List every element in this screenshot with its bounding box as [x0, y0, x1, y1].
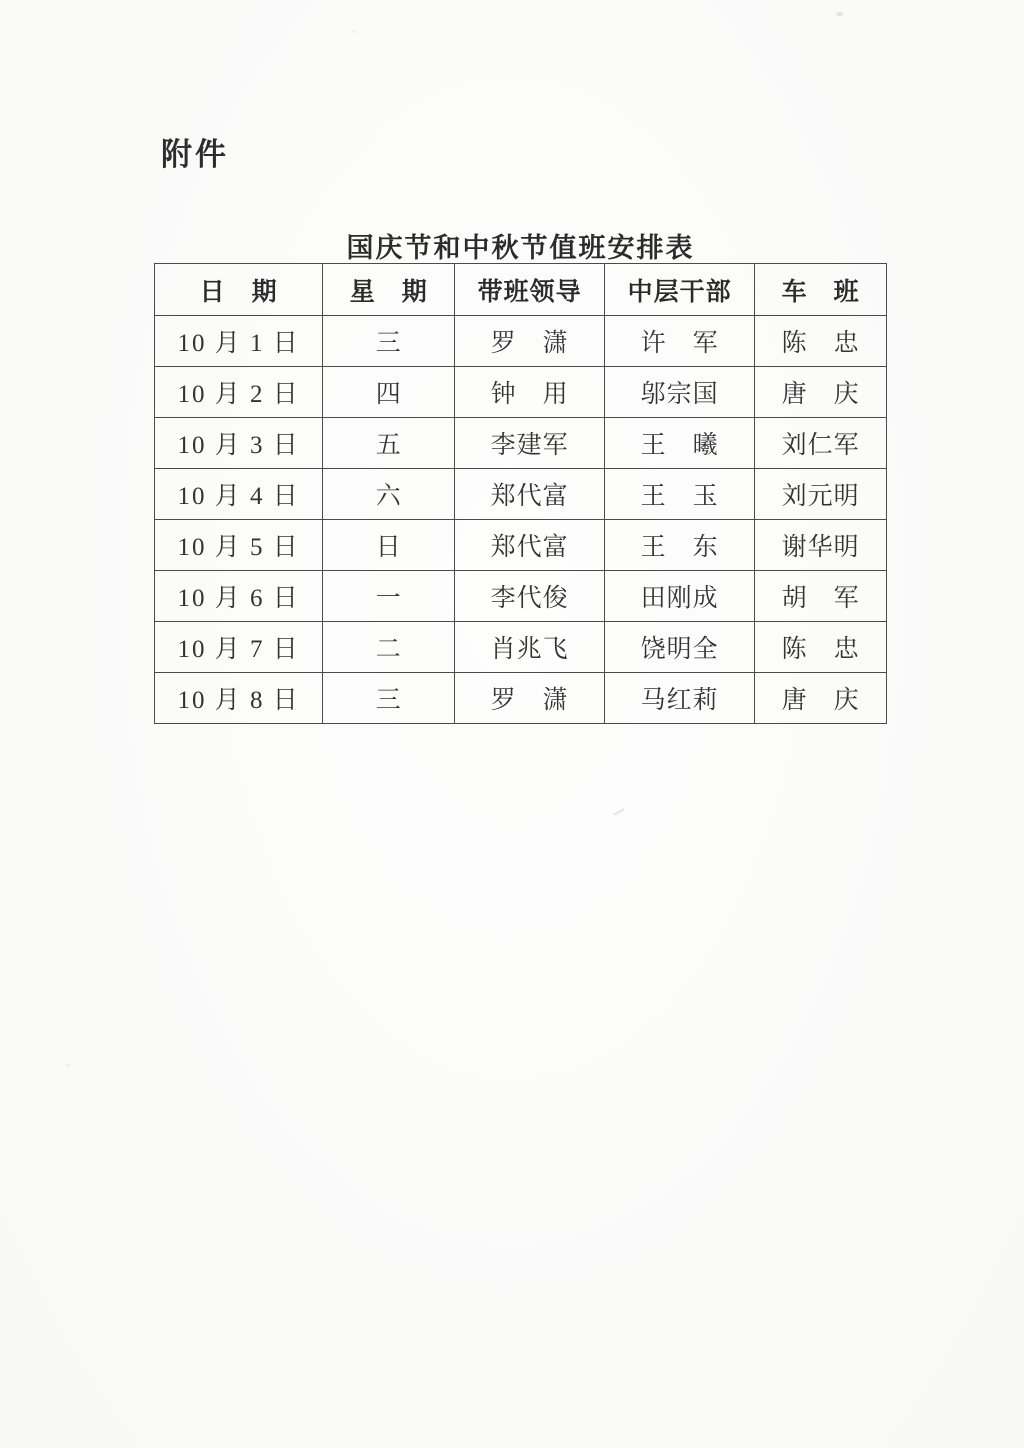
table-row: 10 月 2 日 四 钟 用 邬宗国 唐 庆 — [155, 367, 887, 418]
duty-schedule-table: 日 期 星 期 带班领导 中层干部 车 班 10 月 1 日 三 罗 潇 许 军… — [154, 263, 887, 724]
leader-cell: 李代俊 — [455, 571, 605, 622]
vehicle-cell: 陈 忠 — [755, 316, 887, 367]
table-row: 10 月 6 日 一 李代俊 田刚成 胡 军 — [155, 571, 887, 622]
scanned-page-background — [0, 0, 1024, 1448]
cadre-cell: 邬宗国 — [605, 367, 755, 418]
cadre-cell: 田刚成 — [605, 571, 755, 622]
column-header-vehicle: 车 班 — [755, 264, 887, 316]
cadre-cell: 马红莉 — [605, 673, 755, 724]
scan-speck — [352, 30, 356, 33]
weekday-cell: 一 — [323, 571, 455, 622]
weekday-cell: 三 — [323, 316, 455, 367]
cadre-cell: 王 玉 — [605, 469, 755, 520]
column-header-date: 日 期 — [155, 264, 323, 316]
scan-speck — [836, 12, 843, 16]
leader-cell: 罗 潇 — [455, 316, 605, 367]
date-cell: 10 月 6 日 — [155, 571, 323, 622]
date-cell: 10 月 4 日 — [155, 469, 323, 520]
date-cell: 10 月 1 日 — [155, 316, 323, 367]
vehicle-cell: 唐 庆 — [755, 673, 887, 724]
table-row: 10 月 3 日 五 李建军 王 曦 刘仁军 — [155, 418, 887, 469]
leader-cell: 郑代富 — [455, 520, 605, 571]
date-cell: 10 月 2 日 — [155, 367, 323, 418]
date-cell: 10 月 7 日 — [155, 622, 323, 673]
weekday-cell: 五 — [323, 418, 455, 469]
table-row: 10 月 7 日 二 肖兆飞 饶明全 陈 忠 — [155, 622, 887, 673]
column-header-leader: 带班领导 — [455, 264, 605, 316]
column-header-weekday: 星 期 — [323, 264, 455, 316]
weekday-cell: 三 — [323, 673, 455, 724]
cadre-cell: 许 军 — [605, 316, 755, 367]
vehicle-cell: 刘元明 — [755, 469, 887, 520]
date-cell: 10 月 3 日 — [155, 418, 323, 469]
leader-cell: 郑代富 — [455, 469, 605, 520]
date-cell: 10 月 8 日 — [155, 673, 323, 724]
leader-cell: 钟 用 — [455, 367, 605, 418]
leader-cell: 李建军 — [455, 418, 605, 469]
column-header-cadre: 中层干部 — [605, 264, 755, 316]
scan-speck — [66, 1064, 71, 1067]
cadre-cell: 饶明全 — [605, 622, 755, 673]
leader-cell: 罗 潇 — [455, 673, 605, 724]
table-header-row: 日 期 星 期 带班领导 中层干部 车 班 — [155, 264, 887, 316]
leader-cell: 肖兆飞 — [455, 622, 605, 673]
date-cell: 10 月 5 日 — [155, 520, 323, 571]
attachment-label: 附件 — [161, 129, 229, 174]
table-row: 10 月 5 日 日 郑代富 王 东 谢华明 — [155, 520, 887, 571]
weekday-cell: 日 — [323, 520, 455, 571]
table-row: 10 月 8 日 三 罗 潇 马红莉 唐 庆 — [155, 673, 887, 724]
weekday-cell: 四 — [323, 367, 455, 418]
vehicle-cell: 谢华明 — [755, 520, 887, 571]
vehicle-cell: 胡 军 — [755, 571, 887, 622]
document-title: 国庆节和中秋节值班安排表 — [154, 226, 887, 265]
cadre-cell: 王 曦 — [605, 418, 755, 469]
table-row: 10 月 4 日 六 郑代富 王 玉 刘元明 — [155, 469, 887, 520]
weekday-cell: 六 — [323, 469, 455, 520]
cadre-cell: 王 东 — [605, 520, 755, 571]
vehicle-cell: 陈 忠 — [755, 622, 887, 673]
weekday-cell: 二 — [323, 622, 455, 673]
vehicle-cell: 唐 庆 — [755, 367, 887, 418]
table-row: 10 月 1 日 三 罗 潇 许 军 陈 忠 — [155, 316, 887, 367]
vehicle-cell: 刘仁军 — [755, 418, 887, 469]
